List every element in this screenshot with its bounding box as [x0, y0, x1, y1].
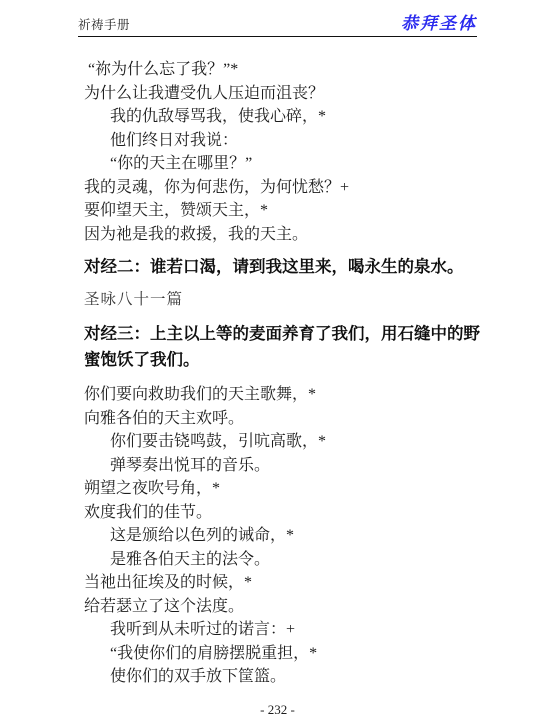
- section-title: 恭拜圣体: [401, 14, 477, 33]
- verse-line: 是雅各伯天主的法令。: [110, 548, 491, 572]
- verse-line: 给若瑟立了这个法度。: [84, 595, 491, 619]
- verse-line: 你们要向救助我们的天主歌舞，*: [84, 383, 491, 407]
- verse-line: 我的仇敌辱骂我，使我心碎，*: [110, 105, 491, 129]
- verse-line: 使你们的双手放下筐篮。: [110, 665, 491, 689]
- verse-line: 你们要击铙鸣鼓，引吭高歌，*: [110, 430, 491, 454]
- verse-line: 因为祂是我的救援，我的天主。: [84, 223, 491, 247]
- verse-line: “祢为什么忘了我？”*: [88, 58, 491, 82]
- verse-line: 要仰望天主，赞颂天主，*: [84, 199, 491, 223]
- verse-line: 我的灵魂，你为何悲伤，为何忧愁？+: [84, 176, 491, 200]
- verse-line: 我听到从未听过的诺言：+: [110, 618, 491, 642]
- psalm-stanza-2: 你们要向救助我们的天主歌舞，* 向雅各伯的天主欢呼。 你们要击铙鸣鼓，引吭高歌，…: [84, 383, 491, 689]
- document-page: 祈祷手册 恭拜圣体 “祢为什么忘了我？”* 为什么让我遭受仇人压迫而沮丧？ 我的…: [0, 0, 555, 728]
- verse-line: 向雅各伯的天主欢呼。: [84, 407, 491, 431]
- verse-line: “我使你们的肩膀摆脱重担，*: [110, 642, 491, 666]
- verse-line: 当祂出征埃及的时候，*: [84, 571, 491, 595]
- verse-line: 弹琴奏出悦耳的音乐。: [110, 454, 491, 478]
- antiphon-3-heading: 对经三：上主以上等的麦面养育了我们，用石缝中的野蜜饱饫了我们。: [84, 321, 491, 373]
- page-header: 祈祷手册 恭拜圣体: [78, 14, 477, 37]
- verse-line: 他们终日对我说：: [110, 129, 491, 153]
- psalm-reference: 圣咏八十一篇: [84, 288, 491, 311]
- booklet-title: 祈祷手册: [78, 17, 130, 33]
- verse-line: “你的天主在哪里？”: [110, 152, 491, 176]
- verse-line: 朔望之夜吹号角，*: [84, 477, 491, 501]
- page-body: “祢为什么忘了我？”* 为什么让我遭受仇人压迫而沮丧？ 我的仇敌辱骂我，使我心碎…: [84, 58, 491, 689]
- page-number: - 232 -: [0, 702, 555, 718]
- verse-line: 这是颁给以色列的诫命，*: [110, 524, 491, 548]
- antiphon-2-heading: 对经二：谁若口渴，请到我这里来，喝永生的泉水。: [84, 254, 491, 280]
- verse-line: 欢度我们的佳节。: [84, 501, 491, 525]
- verse-line: 为什么让我遭受仇人压迫而沮丧？: [84, 82, 491, 106]
- psalm-stanza-1: “祢为什么忘了我？”* 为什么让我遭受仇人压迫而沮丧？ 我的仇敌辱骂我，使我心碎…: [84, 58, 491, 246]
